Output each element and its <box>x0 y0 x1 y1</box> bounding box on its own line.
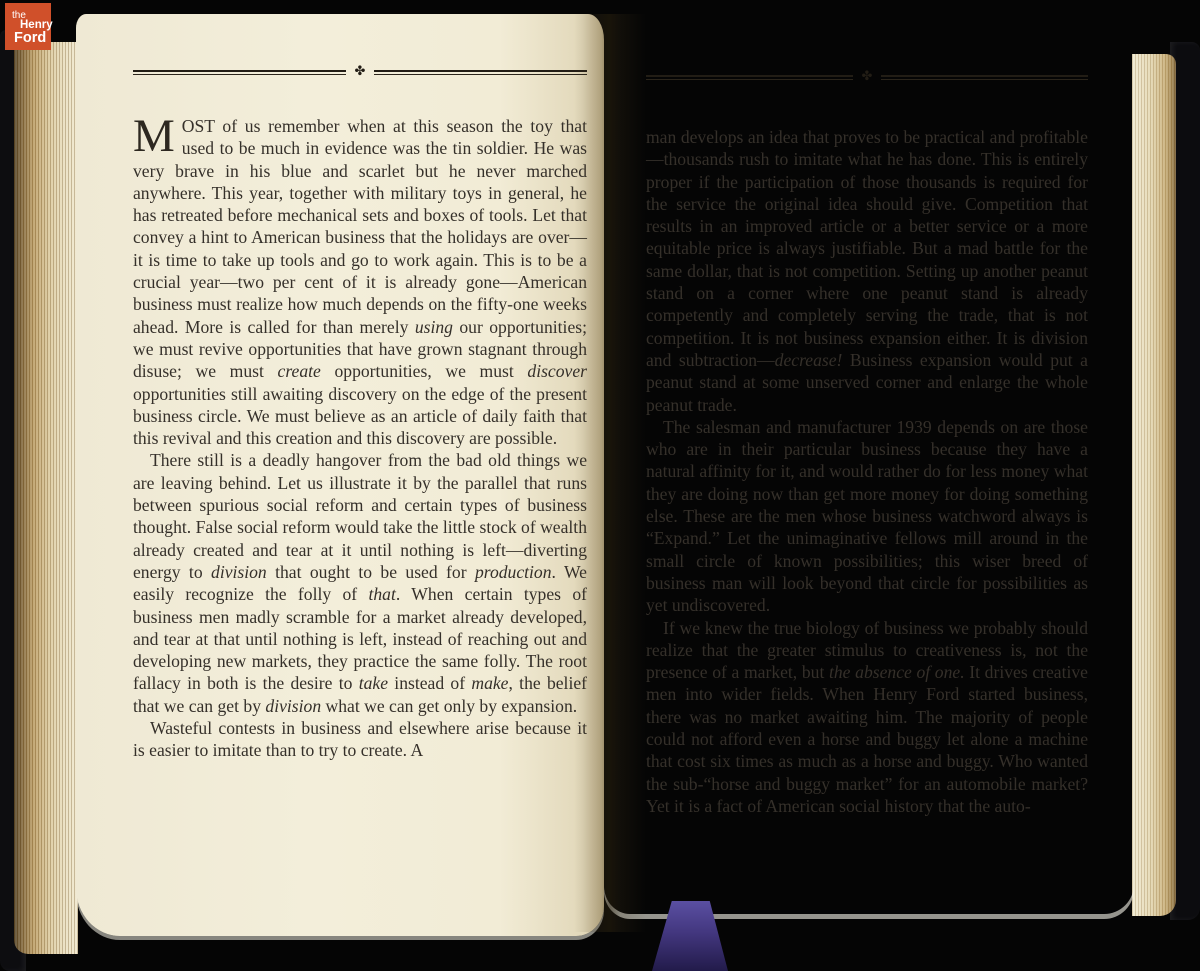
text-run: It drives creative men into wider fields… <box>646 662 1088 816</box>
rule-line <box>374 70 587 75</box>
italic-run: using <box>415 317 453 337</box>
italic-run: production <box>475 562 552 582</box>
italic-run: make <box>471 673 508 693</box>
text-run: that ought to be used for <box>267 562 475 582</box>
italic-run: division <box>211 562 267 582</box>
text-run: man develops an idea that proves to be p… <box>646 127 1088 370</box>
drop-cap: M <box>133 115 182 155</box>
left-page: ✤ MOST of us remember when at this seaso… <box>76 14 604 936</box>
italic-run: the absence of one. <box>829 662 965 682</box>
fleuron-ornament-icon: ✤ <box>355 65 366 78</box>
paragraph: Wasteful contests in business and elsewh… <box>133 717 587 762</box>
page-edges-right <box>1132 54 1176 916</box>
rule-line <box>881 75 1088 80</box>
rule-line <box>133 70 346 75</box>
text-run: OST of us remember when at this season t… <box>133 116 587 337</box>
fleuron-ornament-icon: ✤ <box>862 70 873 83</box>
text-run: instead of <box>388 673 471 693</box>
paragraph: MOST of us remember when at this season … <box>133 115 587 449</box>
text-run: opportunities still awaiting discovery o… <box>133 384 587 449</box>
italic-run: take <box>359 673 388 693</box>
logo-word-ford: Ford <box>14 30 46 46</box>
right-page-body: man develops an idea that proves to be p… <box>646 126 1088 817</box>
left-page-body: MOST of us remember when at this season … <box>133 115 587 762</box>
right-page-text-block: ✤ man develops an idea that proves to be… <box>646 71 1088 817</box>
italic-run: decrease! <box>775 350 843 370</box>
left-header-rule: ✤ <box>133 66 587 79</box>
right-page: ✤ man develops an idea that proves to be… <box>604 24 1134 914</box>
text-run: The salesman and manufacturer 1939 depen… <box>646 417 1088 615</box>
italic-run: that <box>369 584 396 604</box>
italic-run: discover <box>527 361 587 381</box>
page-edges-left <box>14 42 78 954</box>
paragraph: If we knew the true biology of business … <box>646 617 1088 818</box>
text-run: what we can get only by expansion. <box>321 696 577 716</box>
book-photograph: { "logo": { "the": "the", "henry": "Henr… <box>0 0 1200 971</box>
paragraph: man develops an idea that proves to be p… <box>646 126 1088 416</box>
paragraph: There still is a deadly hangover from th… <box>133 449 587 717</box>
left-page-text-block: ✤ MOST of us remember when at this seaso… <box>133 66 587 762</box>
paragraph: The salesman and manufacturer 1939 depen… <box>646 416 1088 617</box>
rule-line <box>646 75 853 80</box>
italic-run: create <box>278 361 321 381</box>
text-run: opportunities, we must <box>321 361 528 381</box>
henry-ford-logo: the Henry Ford <box>5 3 51 50</box>
italic-run: division <box>265 696 321 716</box>
text-run: Wasteful contests in business and elsewh… <box>133 718 587 760</box>
right-header-rule: ✤ <box>646 71 1088 84</box>
